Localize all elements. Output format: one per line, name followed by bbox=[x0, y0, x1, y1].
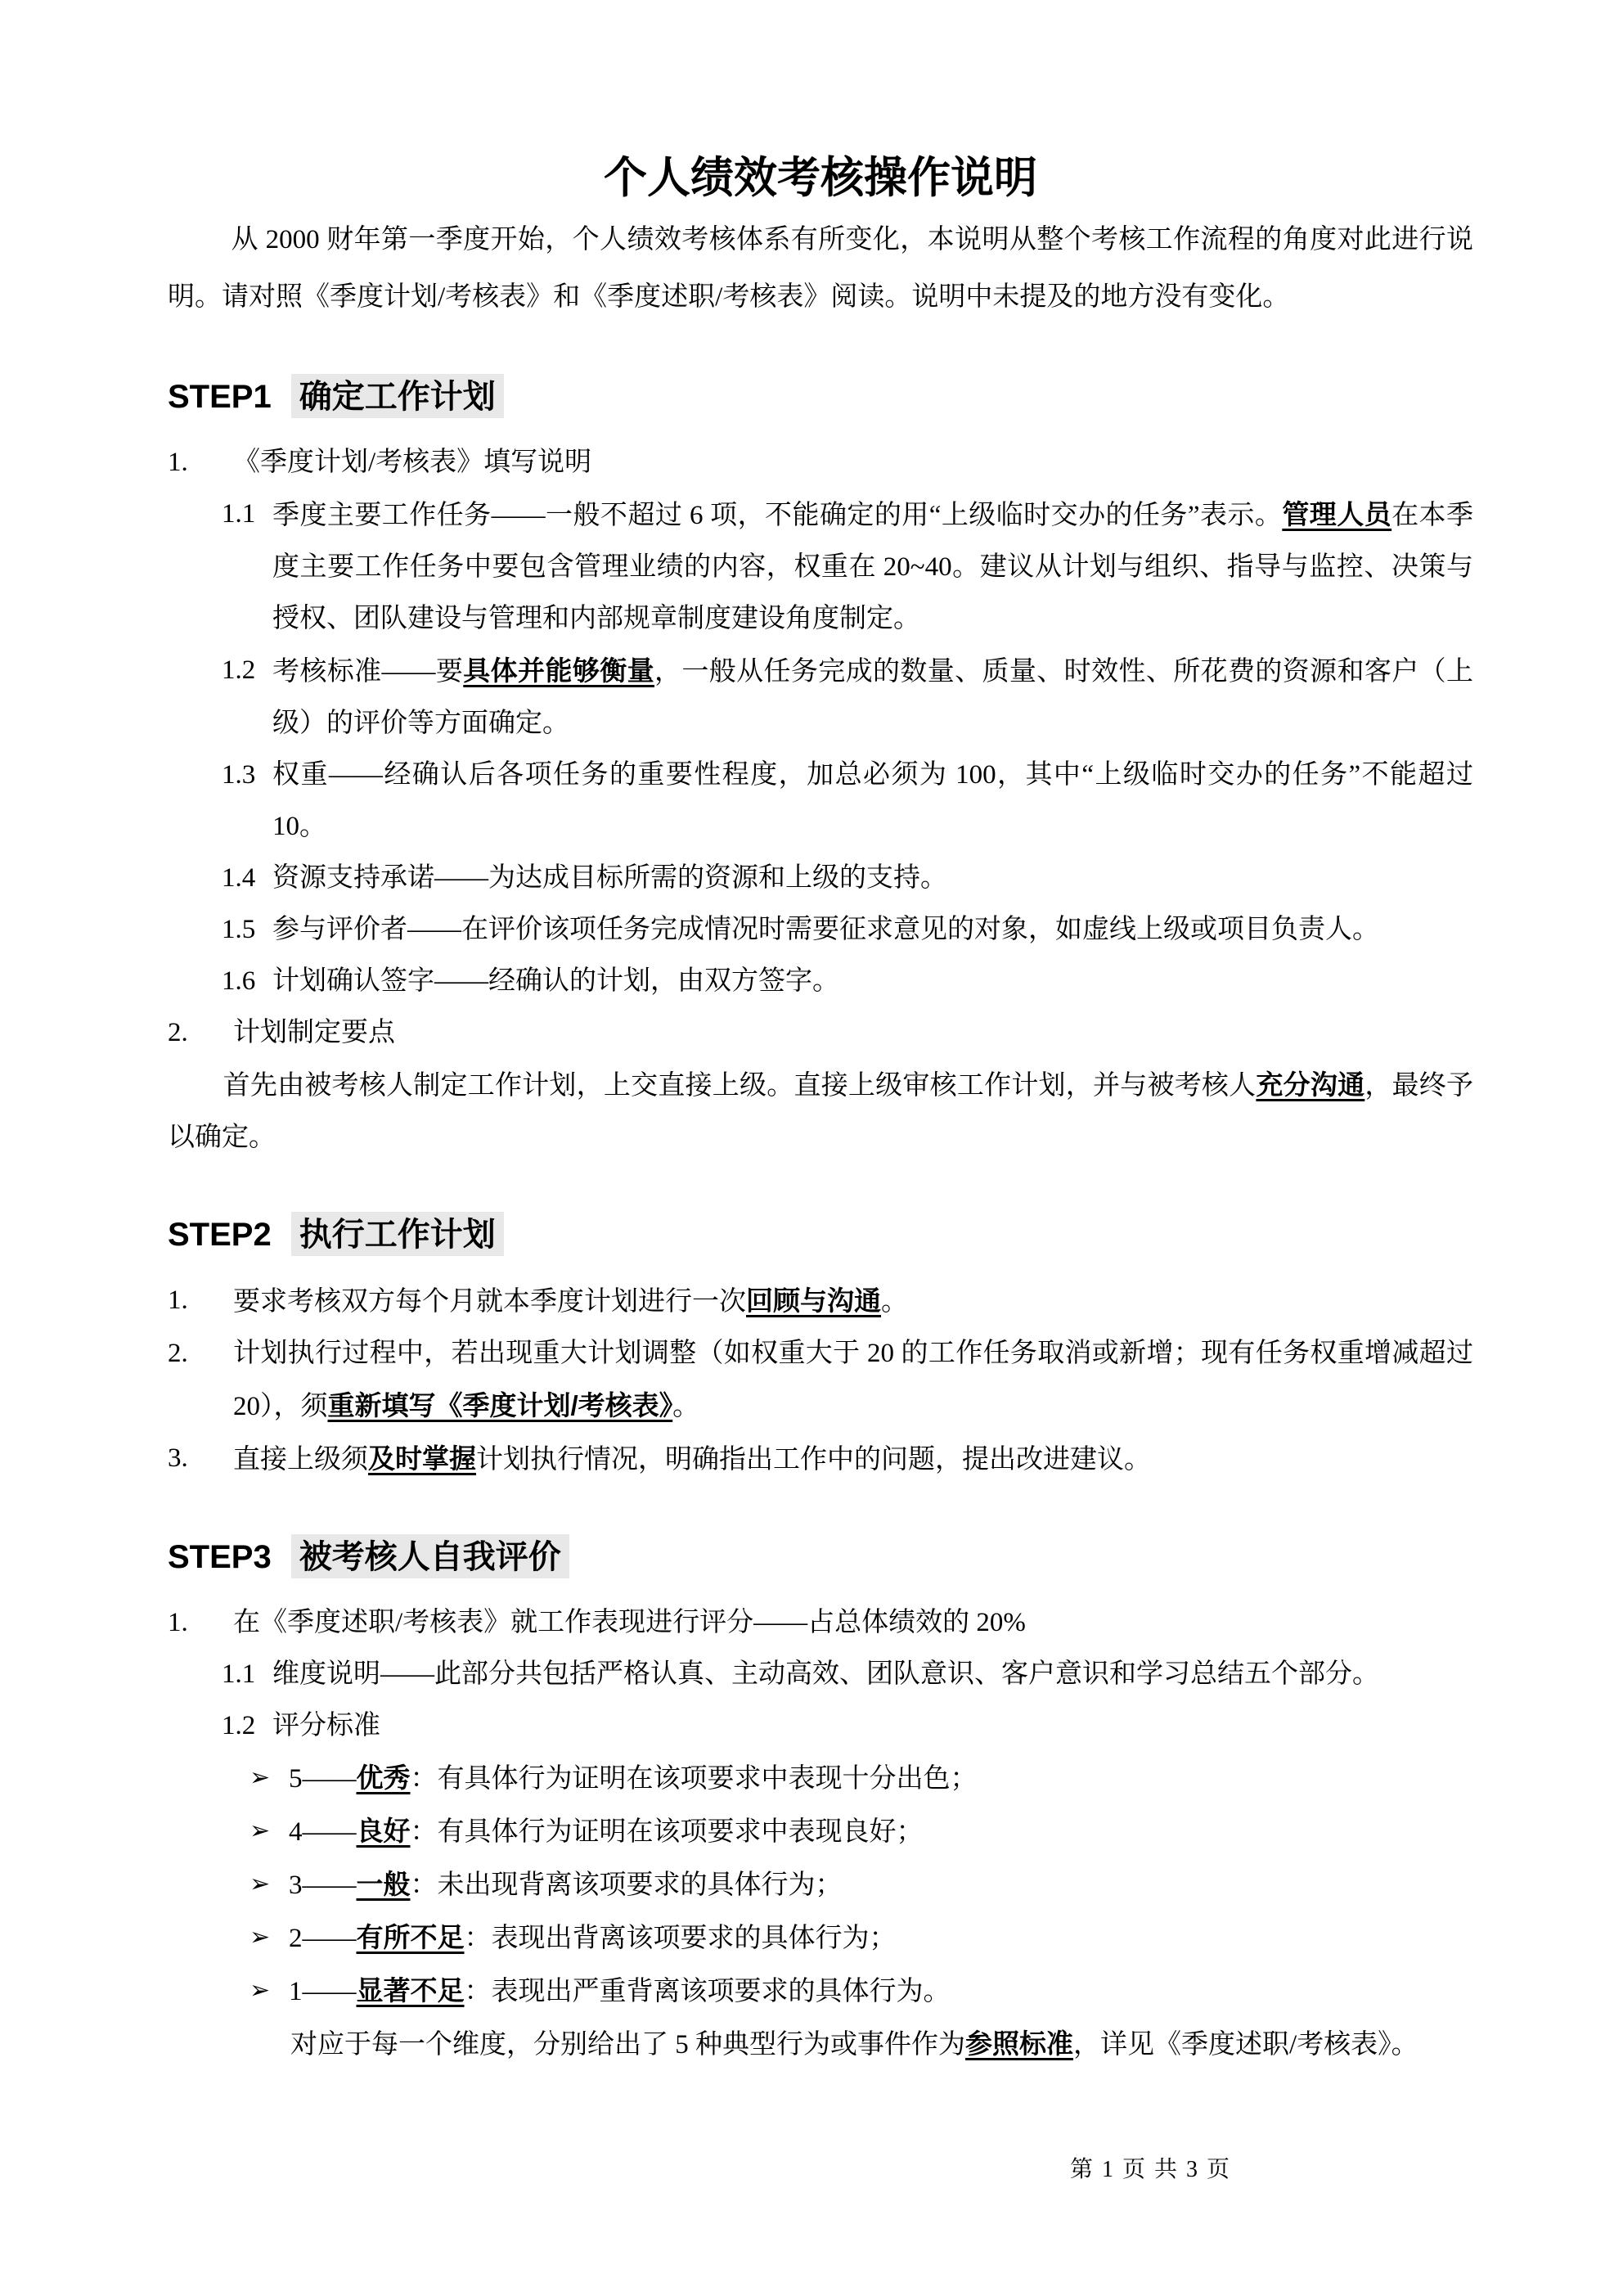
list-item-text: 计划制定要点 bbox=[233, 1007, 1473, 1059]
list-item: 3. 直接上级须及时掌握计划执行情况，明确指出工作中的问题，提出改进建议。 bbox=[168, 1433, 1473, 1486]
list-item-text: 直接上级须及时掌握计划执行情况，明确指出工作中的问题，提出改进建议。 bbox=[233, 1433, 1473, 1486]
step2-label: STEP2 bbox=[168, 1217, 272, 1253]
list-marker: 1. bbox=[168, 1275, 233, 1326]
list-item: 1.1 季度主要工作任务——一般不超过 6 项，不能确定的用“上级临时交办的任务… bbox=[222, 488, 1473, 645]
list-marker: 3. bbox=[168, 1433, 233, 1484]
intro-paragraph: 从 2000 财年第一季度开始，个人绩效考核体系有所变化，本说明从整个考核工作流… bbox=[168, 211, 1473, 326]
list-item: 1.6 计划确认签字——经确认的计划，由双方签字。 bbox=[222, 956, 1473, 1007]
dimension-reference-paragraph: 对应于每一个维度，分别给出了 5 种典型行为或事件作为参照标准，详见《季度述职/… bbox=[290, 2018, 1473, 2071]
list-item: 1. 《季度计划/考核表》填写说明 bbox=[168, 437, 1473, 488]
list-marker: 1.2 bbox=[222, 645, 272, 696]
list-item-text: 资源支持承诺——为达成目标所需的资源和上级的支持。 bbox=[272, 853, 1473, 904]
bullet-text: 2——有所不足：表现出背离该项要求的具体行为； bbox=[289, 1911, 1473, 1965]
list-marker: 1. bbox=[168, 1597, 233, 1649]
list-item-text: 季度主要工作任务——一般不超过 6 项，不能确定的用“上级临时交办的任务”表示。… bbox=[272, 488, 1473, 645]
list-item-text: 维度说明——此部分共包括严格认真、主动高效、团队意识、客户意识和学习总结五个部分… bbox=[272, 1649, 1473, 1700]
list-marker: 1.1 bbox=[222, 488, 272, 540]
bullet-arrow-icon: ➢ bbox=[250, 1805, 289, 1857]
list-marker: 1.2 bbox=[222, 1700, 272, 1752]
step3-label: STEP3 bbox=[168, 1539, 272, 1575]
list-marker: 1.3 bbox=[222, 750, 272, 801]
step3-title-highlight: 被考核人自我评价 bbox=[291, 1534, 569, 1578]
list-marker: 1.4 bbox=[222, 853, 272, 904]
list-item-text: 要求考核双方每个月就本季度计划进行一次回顾与沟通。 bbox=[233, 1275, 1473, 1328]
list-item: 1.3 权重——经确认后各项任务的重要性程度，加总必须为 100，其中“上级临时… bbox=[222, 750, 1473, 853]
bullet-text: 3——一般：未出现背离该项要求的具体行为； bbox=[289, 1858, 1473, 1911]
section-step2: STEP2执行工作计划 1. 要求考核双方每个月就本季度计划进行一次回顾与沟通。… bbox=[168, 1204, 1473, 1486]
bullet-arrow-icon: ➢ bbox=[250, 1858, 289, 1910]
list-item-text: 计划确认签字——经确认的计划，由双方签字。 bbox=[272, 956, 1473, 1007]
list-item-text: 计划执行过程中，若出现重大计划调整（如权重大于 20 的工作任务取消或新增；现有… bbox=[233, 1328, 1473, 1433]
step2-heading: STEP2执行工作计划 bbox=[168, 1204, 1473, 1265]
bullet-text: 1——显著不足：表现出严重背离该项要求的具体行为。 bbox=[289, 1965, 1473, 2018]
list-item: 1.5 参与评价者——在评价该项任务完成情况时需要征求意见的对象，如虚线上级或项… bbox=[222, 904, 1473, 956]
list-item: 1. 在《季度述职/考核表》就工作表现进行评分——占总体绩效的 20% bbox=[168, 1597, 1473, 1649]
step1-title-highlight: 确定工作计划 bbox=[291, 374, 504, 418]
document-page: 个人绩效考核操作说明 从 2000 财年第一季度开始，个人绩效考核体系有所变化，… bbox=[0, 0, 1623, 2296]
rating-bullet-item: ➢ 2——有所不足：表现出背离该项要求的具体行为； bbox=[250, 1911, 1473, 1965]
list-item-text: 参与评价者——在评价该项任务完成情况时需要征求意见的对象，如虚线上级或项目负责人… bbox=[272, 904, 1473, 956]
plan-key-points-paragraph: 首先由被考核人制定工作计划，上交直接上级。直接上级审核工作计划，并与被考核人充分… bbox=[168, 1059, 1473, 1164]
list-item: 2. 计划制定要点 bbox=[168, 1007, 1473, 1059]
step1-label: STEP1 bbox=[168, 379, 272, 415]
list-marker: 2. bbox=[168, 1007, 233, 1059]
list-item-text: 评分标准 bbox=[272, 1700, 1473, 1752]
rating-bullet-item: ➢ 5——优秀：有具体行为证明在该项要求中表现十分出色； bbox=[250, 1752, 1473, 1805]
list-marker: 1.1 bbox=[222, 1649, 272, 1700]
bullet-arrow-icon: ➢ bbox=[250, 1911, 289, 1963]
document-content: 个人绩效考核操作说明 从 2000 财年第一季度开始，个人绩效考核体系有所变化，… bbox=[168, 0, 1473, 2071]
list-item: 1.1 维度说明——此部分共包括严格认真、主动高效、团队意识、客户意识和学习总结… bbox=[222, 1649, 1473, 1700]
list-item-text: 《季度计划/考核表》填写说明 bbox=[233, 437, 1473, 488]
list-item: 1.4 资源支持承诺——为达成目标所需的资源和上级的支持。 bbox=[222, 853, 1473, 904]
bullet-arrow-icon: ➢ bbox=[250, 1752, 289, 1803]
section-step1: STEP1确定工作计划 1. 《季度计划/考核表》填写说明 1.1 季度主要工作… bbox=[168, 367, 1473, 1164]
rating-bullet-item: ➢ 1——显著不足：表现出严重背离该项要求的具体行为。 bbox=[250, 1965, 1473, 2018]
step2-title-highlight: 执行工作计划 bbox=[291, 1212, 504, 1256]
list-marker: 1.5 bbox=[222, 904, 272, 956]
list-item: 2. 计划执行过程中，若出现重大计划调整（如权重大于 20 的工作任务取消或新增… bbox=[168, 1328, 1473, 1433]
rating-bullet-item: ➢ 3——一般：未出现背离该项要求的具体行为； bbox=[250, 1858, 1473, 1911]
list-item-text: 在《季度述职/考核表》就工作表现进行评分——占总体绩效的 20% bbox=[233, 1597, 1473, 1649]
section-step3: STEP3被考核人自我评价 1. 在《季度述职/考核表》就工作表现进行评分——占… bbox=[168, 1527, 1473, 2071]
page-footer: 第 1 页 共 3 页 bbox=[1070, 2154, 1231, 2186]
list-item-text: 权重——经确认后各项任务的重要性程度，加总必须为 100，其中“上级临时交办的任… bbox=[272, 750, 1473, 853]
page-title: 个人绩效考核操作说明 bbox=[168, 0, 1473, 211]
step1-heading: STEP1确定工作计划 bbox=[168, 367, 1473, 427]
bullet-arrow-icon: ➢ bbox=[250, 1965, 289, 2016]
list-item: 1. 要求考核双方每个月就本季度计划进行一次回顾与沟通。 bbox=[168, 1275, 1473, 1328]
list-marker: 1. bbox=[168, 437, 233, 488]
list-marker: 2. bbox=[168, 1328, 233, 1380]
rating-bullet-item: ➢ 4——良好：有具体行为证明在该项要求中表现良好； bbox=[250, 1805, 1473, 1858]
step3-heading: STEP3被考核人自我评价 bbox=[168, 1527, 1473, 1587]
bullet-text: 4——良好：有具体行为证明在该项要求中表现良好； bbox=[289, 1805, 1473, 1858]
list-item-text: 考核标准——要具体并能够衡量，一般从任务完成的数量、质量、时效性、所花费的资源和… bbox=[272, 645, 1473, 750]
bullet-text: 5——优秀：有具体行为证明在该项要求中表现十分出色； bbox=[289, 1752, 1473, 1805]
list-item: 1.2 评分标准 bbox=[222, 1700, 1473, 1752]
list-marker: 1.6 bbox=[222, 956, 272, 1007]
list-item: 1.2 考核标准——要具体并能够衡量，一般从任务完成的数量、质量、时效性、所花费… bbox=[222, 645, 1473, 750]
